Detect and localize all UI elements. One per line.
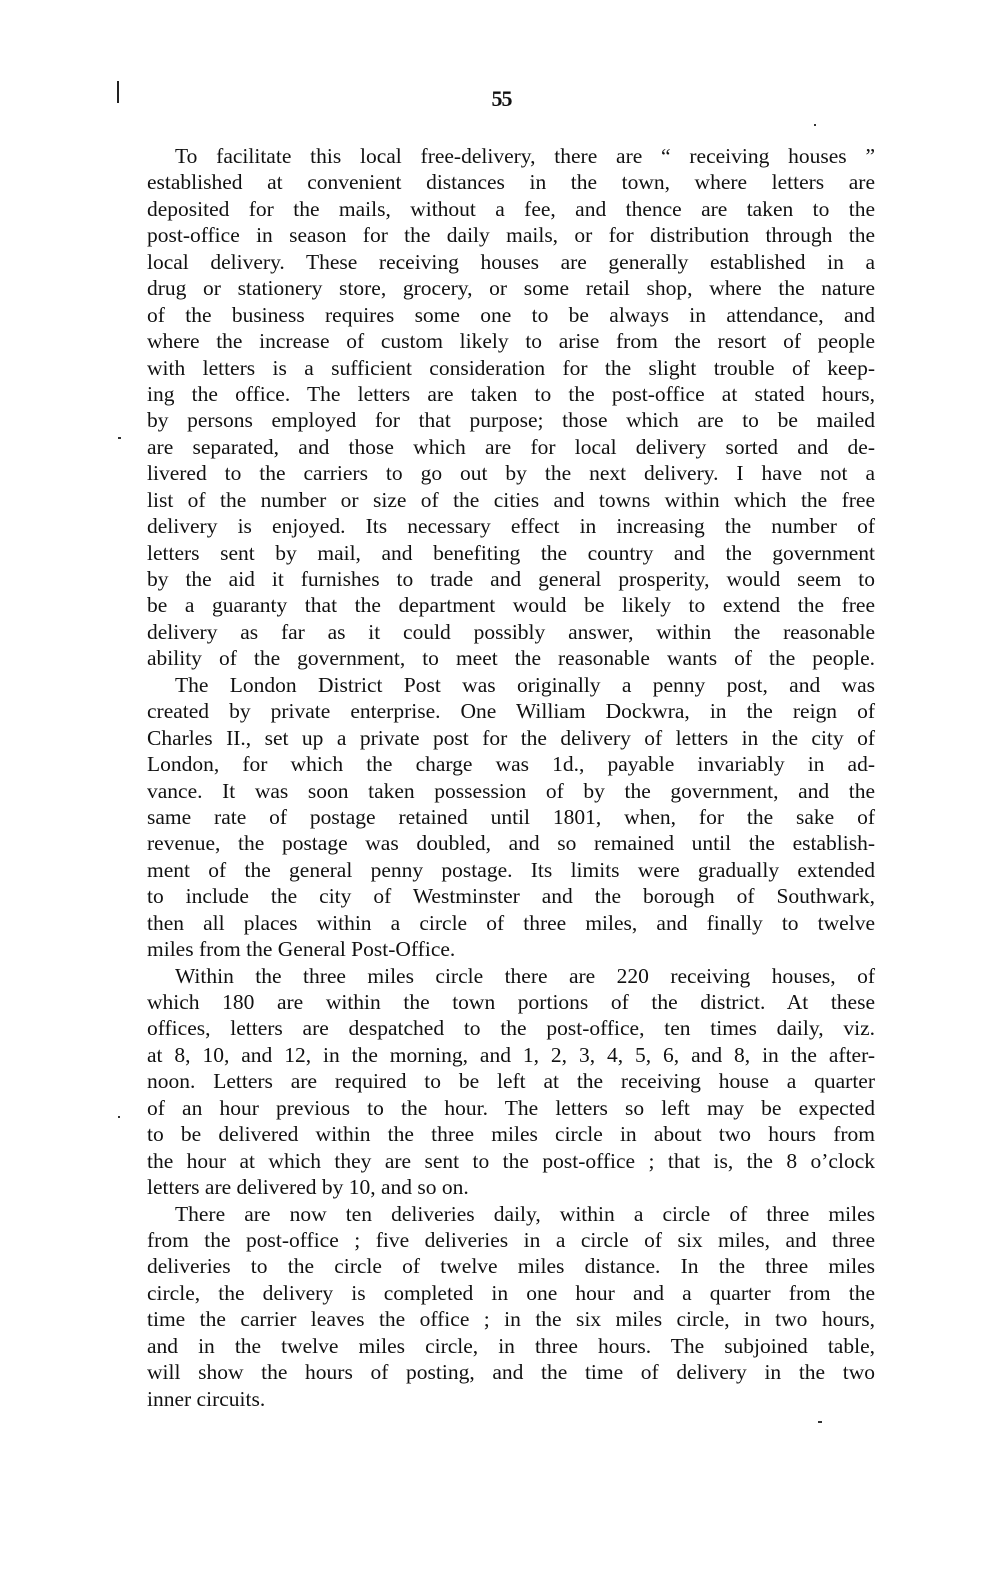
text-line: letters are delivered by 10, and so on. <box>147 1174 875 1200</box>
text-line: miles from the General Post-Office. <box>147 936 875 962</box>
text-line: To facilitate this local free-delivery, … <box>147 143 875 169</box>
paragraph-receiving-houses: To facilitate this local free-delivery, … <box>147 143 875 672</box>
text-line: to include the city of Westminster and t… <box>147 883 875 909</box>
text-line: London, for which the charge was 1d., pa… <box>147 751 875 777</box>
text-line: be a guaranty that the department would … <box>147 592 875 618</box>
text-line: deliveries to the circle of twelve miles… <box>147 1253 875 1279</box>
text-line: time the carrier leaves the office ; in … <box>147 1306 875 1332</box>
text-line: Within the three miles circle there are … <box>147 963 875 989</box>
text-line: ment of the general penny postage. Its l… <box>147 857 875 883</box>
text-line: delivery is enjoyed. Its necessary effec… <box>147 513 875 539</box>
text-line: The London District Post was originally … <box>147 672 875 698</box>
paragraph-london-district-post: The London District Post was originally … <box>147 672 875 963</box>
text-line: will show the hours of posting, and the … <box>147 1359 875 1385</box>
text-line: created by private enterprise. One Willi… <box>147 698 875 724</box>
text-line: of the business requires some one to be … <box>147 302 875 328</box>
text-line: and in the twelve miles circle, in three… <box>147 1333 875 1359</box>
text-line: drug or stationery store, grocery, or so… <box>147 275 875 301</box>
text-line: Charles II., set up a private post for t… <box>147 725 875 751</box>
text-line: deposited for the mails, without a fee, … <box>147 196 875 222</box>
text-line: are separated, and those which are for l… <box>147 434 875 460</box>
text-line: from the post-office ; five deliveries i… <box>147 1227 875 1253</box>
paragraph-deliveries: There are now ten deliveries daily, with… <box>147 1201 875 1413</box>
text-line: by persons employed for that purpose; th… <box>147 407 875 433</box>
paragraph-three-miles-circle: Within the three miles circle there are … <box>147 963 875 1201</box>
page-body: To facilitate this local free-delivery, … <box>147 143 875 1412</box>
text-line: vance. It was soon taken possession of b… <box>147 778 875 804</box>
text-line: circle, the delivery is completed in one… <box>147 1280 875 1306</box>
text-line: ing the office. The letters are taken to… <box>147 381 875 407</box>
text-line: livered to the carriers to go out by the… <box>147 460 875 486</box>
scan-speck <box>818 1421 822 1423</box>
text-line: with letters is a sufficient considerati… <box>147 355 875 381</box>
text-line: local delivery. These receiving houses a… <box>147 249 875 275</box>
text-line: post-office in season for the daily mail… <box>147 222 875 248</box>
text-line: which 180 are within the town portions o… <box>147 989 875 1015</box>
text-line: the hour at which they are sent to the p… <box>147 1148 875 1174</box>
text-line: delivery as far as it could possibly ans… <box>147 619 875 645</box>
text-line: at 8, 10, and 12, in the morning, and 1,… <box>147 1042 875 1068</box>
scan-speck <box>814 124 816 126</box>
text-line: by the aid it furnishes to trade and gen… <box>147 566 875 592</box>
text-line: same rate of postage retained until 1801… <box>147 804 875 830</box>
scan-speck <box>118 1116 120 1118</box>
text-line: then all places within a circle of three… <box>147 910 875 936</box>
text-line: list of the number or size of the cities… <box>147 487 875 513</box>
text-line: letters sent by mail, and benefiting the… <box>147 540 875 566</box>
page-number: 55 <box>0 86 1003 112</box>
text-line: ability of the government, to meet the r… <box>147 645 875 671</box>
text-line: revenue, the postage was doubled, and so… <box>147 830 875 856</box>
text-line: inner circuits. <box>147 1386 875 1412</box>
text-line: noon. Letters are required to be left at… <box>147 1068 875 1094</box>
text-line: of an hour previous to the hour. The let… <box>147 1095 875 1121</box>
scan-speck <box>118 437 121 439</box>
text-line: There are now ten deliveries daily, with… <box>147 1201 875 1227</box>
text-line: where the increase of custom likely to a… <box>147 328 875 354</box>
text-line: established at convenient distances in t… <box>147 169 875 195</box>
text-line: to be delivered within the three miles c… <box>147 1121 875 1147</box>
text-line: offices, letters are despatched to the p… <box>147 1015 875 1041</box>
